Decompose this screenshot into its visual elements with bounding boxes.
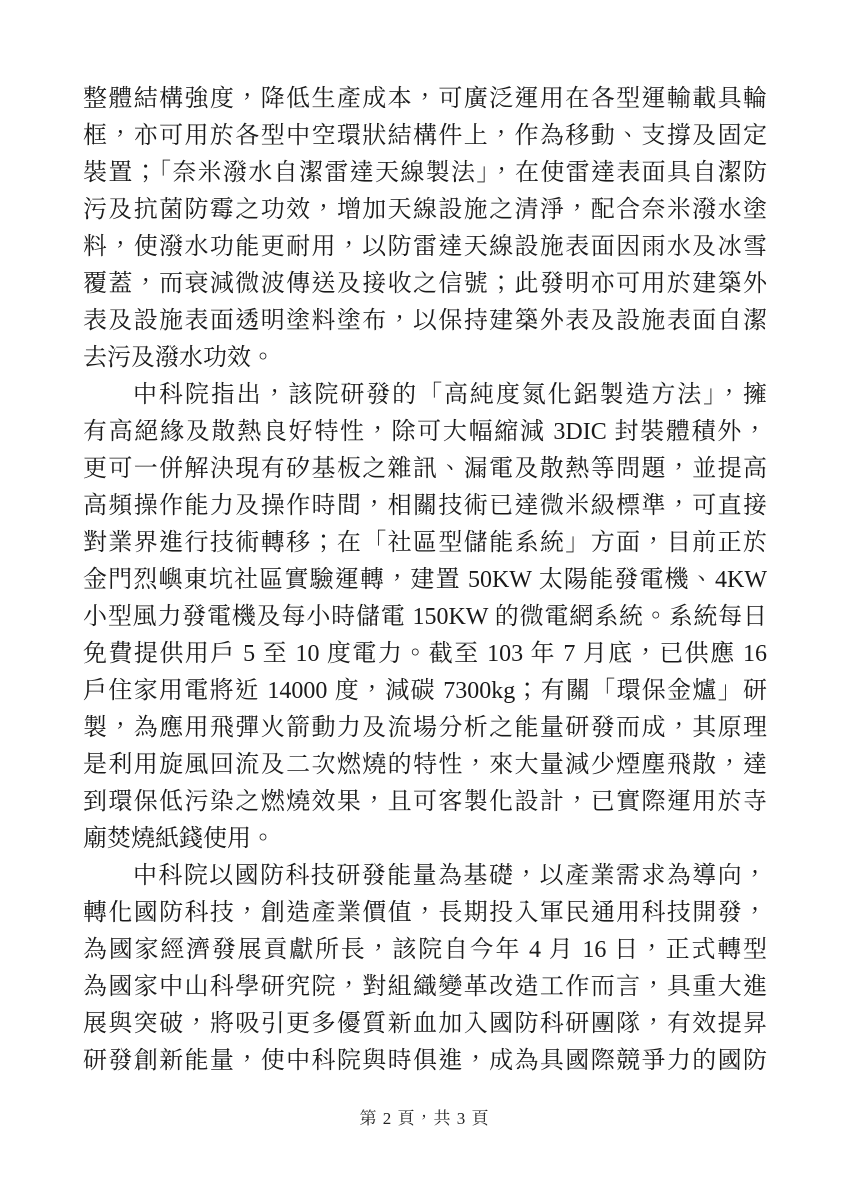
text-line: 戶住家用電將近 14000 度，減碳 7300kg；有關「環保金爐」研 — [83, 673, 767, 710]
text-line: 有高絕緣及散熱良好特性，除可大幅縮減 3DIC 封裝體積外， — [83, 414, 767, 451]
text-line: 展與突破，將吸引更多優質新血加入國防科研團隊，有效提昇 — [83, 1006, 767, 1043]
text-line: 轉化國防科技，創造產業價值，長期投入軍民通用科技開發， — [83, 895, 767, 932]
text-line: 去污及潑水功效。 — [83, 340, 767, 377]
text-line: 中科院以國防科技研發能量為基礎，以產業需求為導向， — [83, 858, 767, 895]
text-line: 到環保低污染之燃燒效果，且可客製化設計，已實際運用於寺 — [83, 784, 767, 821]
text-line: 框，亦可用於各型中空環狀結構件上，作為移動、支撐及固定 — [83, 118, 767, 155]
text-line: 金門烈嶼東坑社區實驗運轉，建置 50KW 太陽能發電機、4KW — [83, 562, 767, 599]
text-line: 高頻操作能力及操作時間，相關技術已達微米級標準，可直接 — [83, 488, 767, 525]
document-page: 整體結構強度，降低生產成本，可廣泛運用在各型運輸載具輪框，亦可用於各型中空環狀結… — [0, 0, 849, 1200]
text-line: 廟焚燒紙錢使用。 — [83, 821, 767, 858]
text-line: 免費提供用戶 5 至 10 度電力。截至 103 年 7 月底，已供應 16 — [83, 636, 767, 673]
page-footer: 第 2 頁，共 3 頁 — [0, 1104, 849, 1129]
text-line: 研發創新能量，使中科院與時俱進，成為具國際競爭力的國防 — [83, 1043, 767, 1080]
text-line: 製，為應用飛彈火箭動力及流場分析之能量研發而成，其原理 — [83, 710, 767, 747]
text-line: 是利用旋風回流及二次燃燒的特性，來大量減少煙塵飛散，達 — [83, 747, 767, 784]
text-line: 為國家中山科學研究院，對組織變革改造工作而言，具重大進 — [83, 969, 767, 1006]
text-line: 整體結構強度，降低生產成本，可廣泛運用在各型運輸載具輪 — [83, 81, 767, 118]
text-line: 污及抗菌防霉之功效，增加天線設施之清淨，配合奈米潑水塗 — [83, 192, 767, 229]
text-line: 表及設施表面透明塗料塗布，以保持建築外表及設施表面自潔 — [83, 303, 767, 340]
text-line: 料，使潑水功能更耐用，以防雷達天線設施表面因雨水及冰雪 — [83, 229, 767, 266]
text-line: 小型風力發電機及每小時儲電 150KW 的微電網系統。系統每日 — [83, 599, 767, 636]
text-line: 為國家經濟發展貢獻所長，該院自今年 4 月 16 日，正式轉型 — [83, 932, 767, 969]
text-line: 中科院指出，該院研發的「高純度氮化鋁製造方法」，擁 — [83, 377, 767, 414]
text-line: 覆蓋，而衰減微波傳送及接收之信號；此發明亦可用於建築外 — [83, 266, 767, 303]
document-body-text: 整體結構強度，降低生產成本，可廣泛運用在各型運輸載具輪框，亦可用於各型中空環狀結… — [83, 81, 767, 1080]
text-line: 裝置；「奈米潑水自潔雷達天線製法」，在使雷達表面具自潔防 — [83, 155, 767, 192]
text-line: 對業界進行技術轉移；在「社區型儲能系統」方面，目前正於 — [83, 525, 767, 562]
text-line: 更可一併解決現有矽基板之雜訊、漏電及散熱等問題，並提高 — [83, 451, 767, 488]
